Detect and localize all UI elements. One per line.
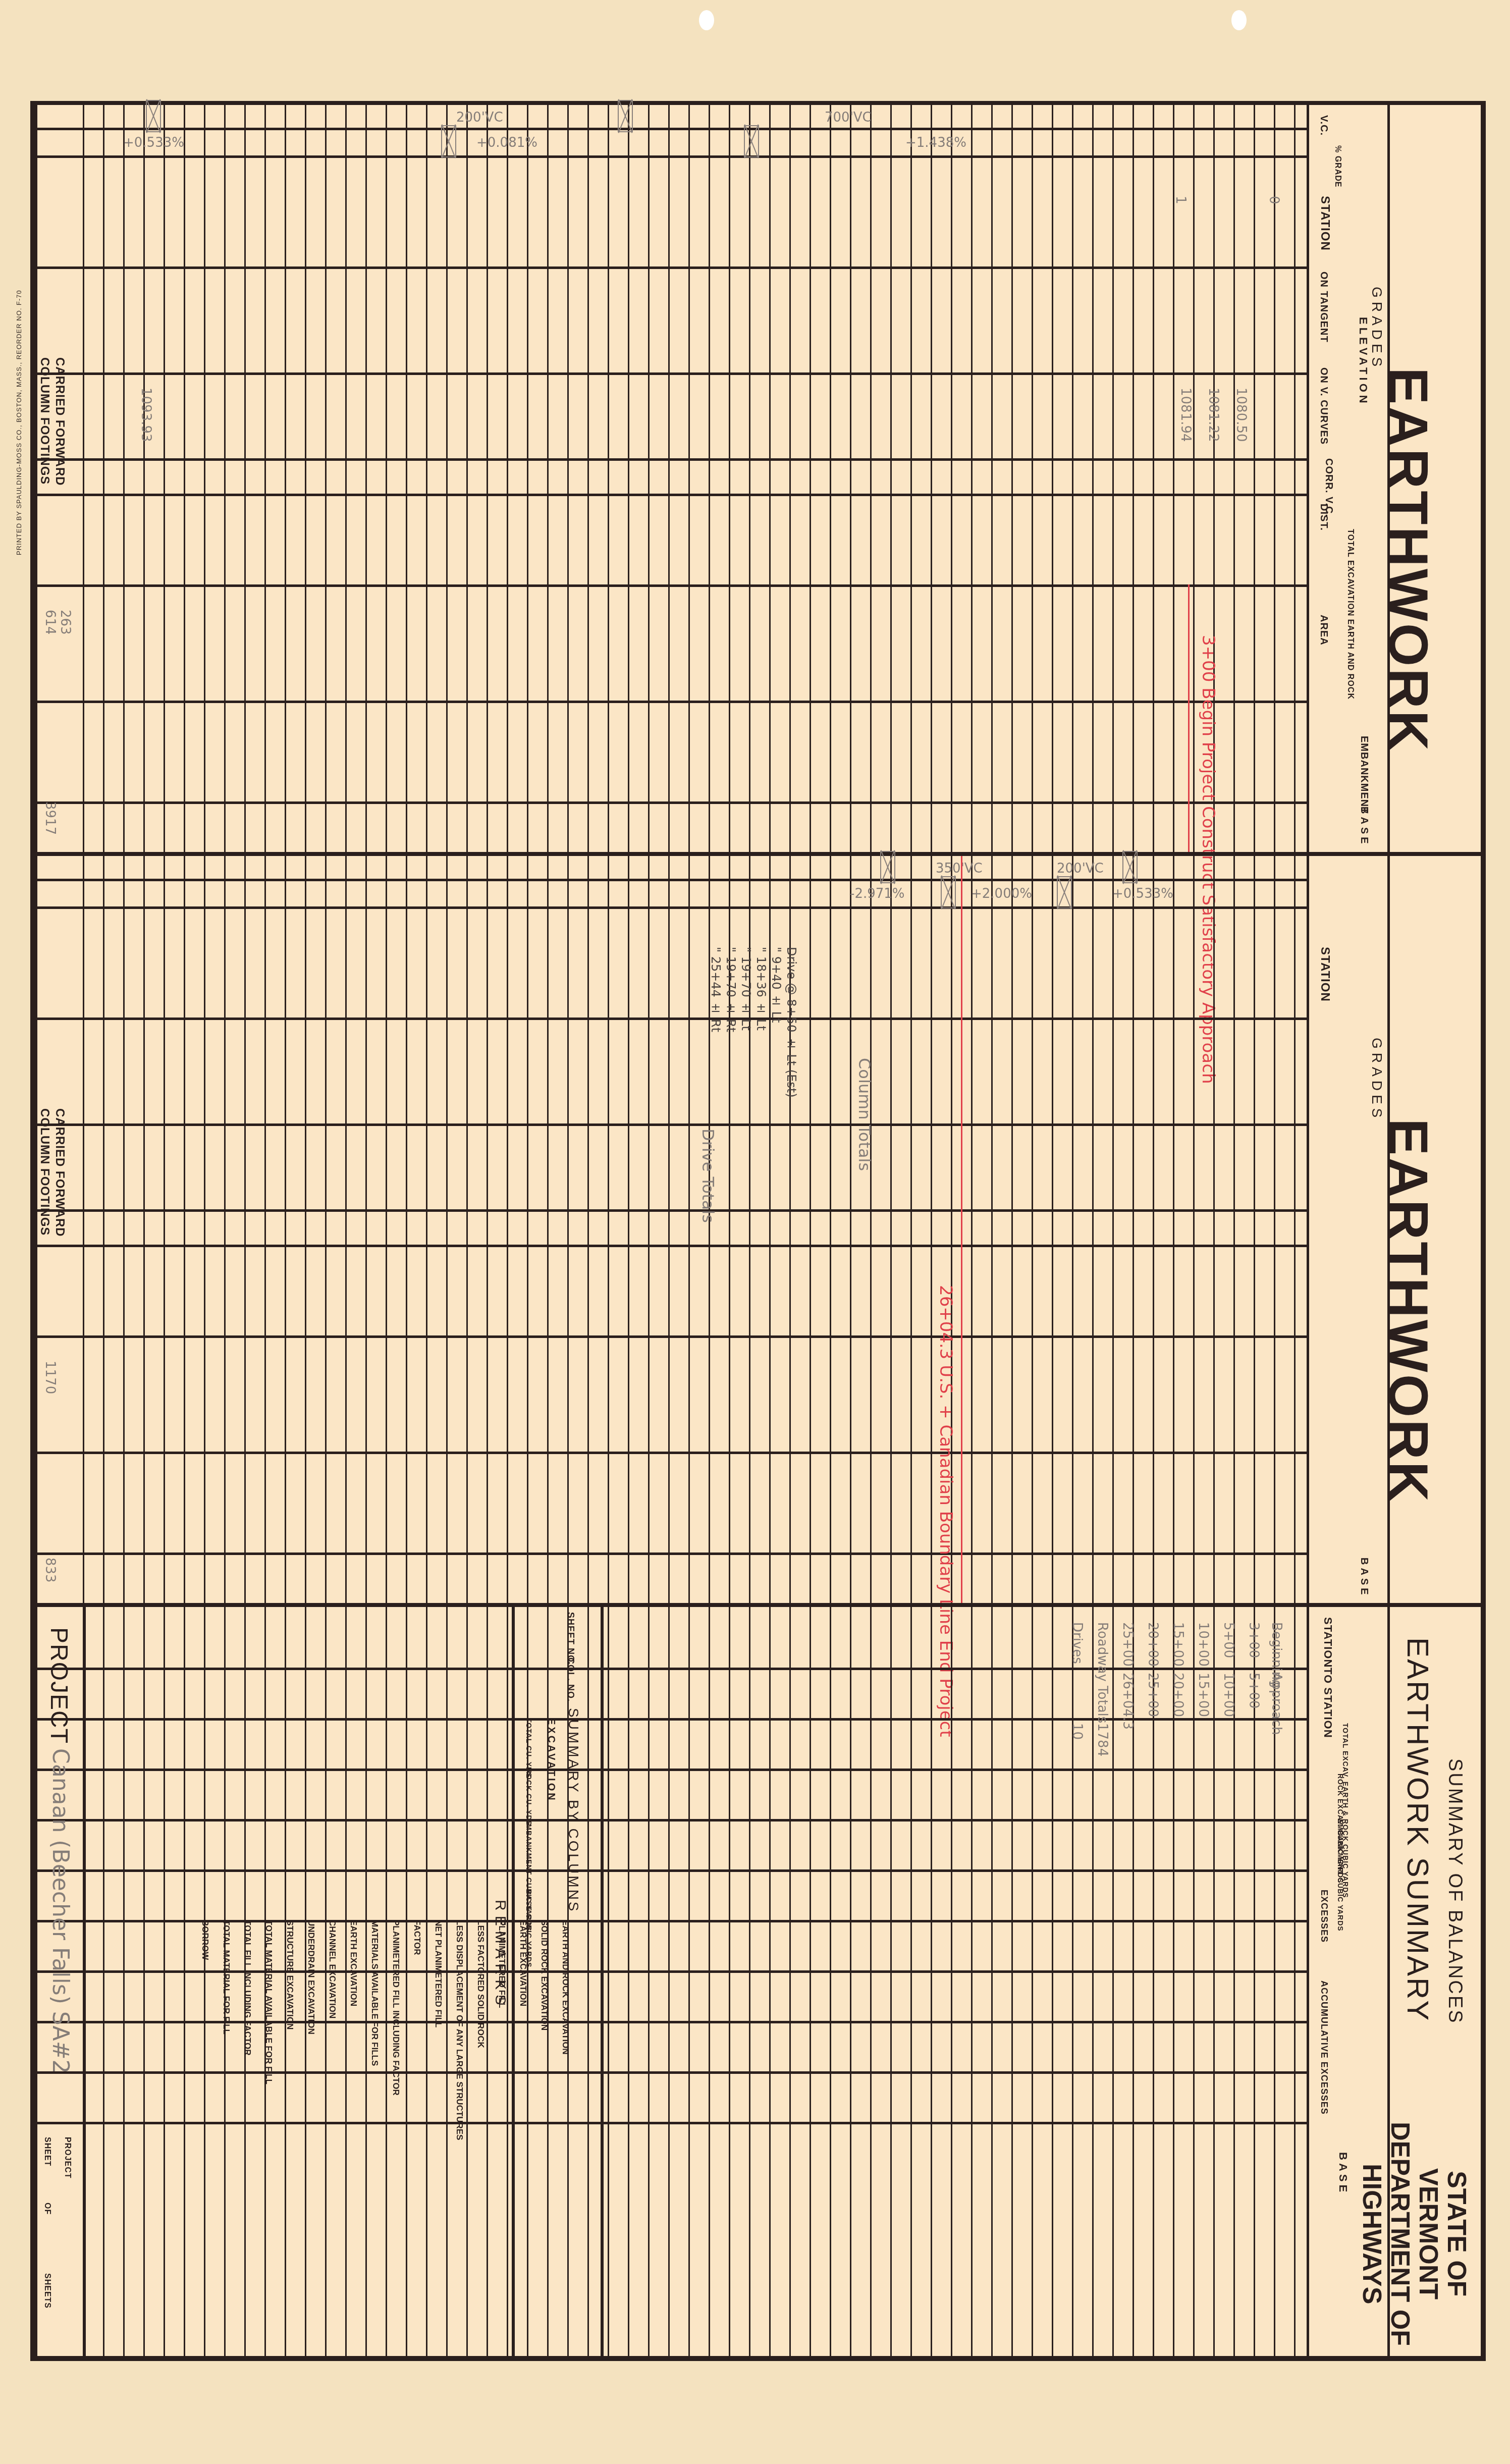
summary-from: 3+00	[1246, 1622, 1261, 1658]
earthwork-summary-section: EARTHWORK SUMMARY SUMMARY OF BALANCES ST…	[37, 1607, 1481, 2356]
summary-to: 26+04.3	[1120, 1673, 1135, 1730]
station-value: 1	[1173, 196, 1188, 204]
vc-marker-icon	[1057, 876, 1072, 908]
remarks-item: PLANIMETERED FILL INCLUDING FACTOR	[391, 1920, 401, 2324]
project-no-label: PROJECT	[63, 2137, 72, 2179]
base-header: BASE	[1336, 2152, 1350, 2195]
summary-title: EARTHWORK SUMMARY	[1400, 1637, 1435, 2022]
vc-label: 200'VC	[1057, 861, 1104, 876]
grade-label: +0.533%	[123, 135, 184, 150]
grade-label: -2.971%	[850, 886, 905, 901]
column-footing-base: 833	[42, 1558, 58, 1583]
summary-to: 10+00	[1221, 1673, 1236, 1717]
station-header: STATION	[1318, 196, 1332, 251]
remarks-item: UNDERDRAIN EXCAVATION	[306, 1920, 316, 2324]
drive-note: " 25+44 ± Rt	[709, 947, 723, 1032]
excesses-header: EXCESSES	[1319, 1890, 1329, 1943]
summary-to: 5+00	[1246, 1673, 1261, 1708]
summary-by-columns-title: SUMMARY BY COLUMNS	[565, 1708, 581, 1913]
grade-label: +0.081%	[476, 135, 537, 150]
punch-hole	[699, 10, 714, 30]
remarks-item: PLANIMETERED FILL	[497, 1920, 507, 2324]
embankment-header: EMBANKMENT	[1358, 736, 1370, 814]
remarks-item: BORROW	[200, 1920, 210, 2324]
remarks-item: EARTH EXCAVATION	[348, 1920, 358, 2324]
section-divider	[37, 1603, 1481, 1607]
summary-to: 20+00	[1170, 1673, 1185, 1717]
carried-forward-label: CARRIED FORWARD	[52, 1108, 67, 1237]
drive-note: " 19+70 ± Rt	[724, 947, 738, 1032]
pct-grade-header: % GRADE	[1333, 145, 1342, 187]
section-title: EARTHWORK	[1376, 367, 1440, 753]
grades-header: GRADES	[1369, 1038, 1385, 1121]
drive-note: Drive @ 8+50 ± Lt (Est)	[784, 947, 798, 1098]
vc-marker-icon	[941, 876, 956, 908]
earthwork-form-sheet: EARTHWORK GRADES V.C. % GRADE STATION EL…	[30, 101, 1486, 2361]
section-title: EARTHWORK	[1376, 1118, 1440, 1504]
vc-header: V.C.	[1318, 115, 1329, 136]
on-tangent-header: ON TANGENT	[1318, 272, 1329, 343]
elevation-value: 1080.50	[1233, 388, 1249, 442]
summary-from: 25+00	[1120, 1622, 1135, 1667]
embankment-area-header: AREA	[1318, 615, 1329, 646]
vc-marker-icon	[744, 125, 759, 157]
section-divider	[37, 852, 1481, 856]
printer-note: PRINTED BY SPAULDING-MOSS CO., BOSTON, M…	[15, 101, 30, 555]
vc-marker-icon	[146, 100, 161, 132]
vc-marker-icon	[441, 125, 456, 157]
project-name: Canaan (Beecher Falls) SA#2	[47, 1748, 73, 2074]
grade-label: +0.533%	[1112, 886, 1173, 901]
summary-subtitle: SUMMARY OF BALANCES	[1444, 1758, 1466, 2024]
column-footing-excavation: 614	[42, 610, 58, 635]
elevation-value: 1081.22	[1206, 388, 1221, 442]
excavation-header: EXCAVATION	[545, 1718, 557, 1802]
earthwork-section-2: EARTHWORK GRADES STATION BASE 350'VC 200…	[37, 856, 1481, 1603]
summary-from: 20+00	[1145, 1622, 1160, 1667]
summary-from: Roadway Totals	[1095, 1622, 1110, 1723]
remarks-item: MATERIALS AVAILABLE FOR FILLS	[369, 1920, 380, 2324]
station-header: STATION	[1321, 1617, 1334, 1668]
elevation-value: 1093.93	[138, 388, 153, 442]
summary-from: 10+00	[1196, 1622, 1211, 1667]
drive-note: " 18+36 ± Lt	[754, 947, 768, 1031]
of-label: OF	[42, 2203, 51, 2215]
remarks-item: LESS FACTORED SOLID ROCK	[475, 1920, 486, 2324]
vc-label: 350'VC	[936, 861, 983, 876]
summary-from: Drives	[1069, 1622, 1085, 1664]
summary-to: 25+00	[1145, 1673, 1160, 1717]
end-project-line	[961, 856, 962, 1603]
vc-marker-icon	[618, 100, 633, 132]
earthwork-section-1: EARTHWORK GRADES V.C. % GRADE STATION EL…	[37, 105, 1481, 852]
carried-forward-label: CARRIED FORWARD	[52, 357, 67, 486]
remarks-item: NET PLANIMETERED FILL	[433, 1920, 443, 2324]
agency-title: STATE OF VERMONT DEPARTMENT OF HIGHWAYS	[1370, 2112, 1471, 2356]
accumulative-header: ACCUMULATIVE EXCESSES	[1319, 1980, 1329, 2115]
grade-label: +2.000%	[971, 886, 1032, 901]
carried-forward-excavation: 263	[58, 610, 73, 635]
project-label: PROJECT	[45, 1627, 73, 1744]
sheets-label: SHEETS	[42, 2273, 51, 2309]
column-footings-label: COLUMN FOOTINGS	[37, 1108, 51, 1236]
elevation-header: ELEVATION	[1357, 317, 1370, 406]
column-footing-base: 3917	[42, 801, 58, 835]
summary-total: 10	[1069, 1723, 1085, 1740]
col-no-header: COL. NO.	[565, 1657, 576, 1702]
sheet-label: SHEET	[42, 2137, 51, 2166]
project-block: PROJECT Canaan (Beecher Falls) SA#2 PROJ…	[37, 1607, 86, 2356]
total-excavation-header: TOTAL EXCAVATION EARTH AND ROCK	[1314, 529, 1355, 700]
summary-total: 1784	[1095, 1723, 1110, 1756]
vc-label: 200'VC	[456, 110, 503, 125]
station-value: 0	[1266, 196, 1281, 204]
summary-to: 15+00	[1196, 1673, 1211, 1717]
remarks-item: LESS DISPLACEMENT OF ANY LARGE STRUCTURE…	[454, 1920, 464, 2324]
base-header: BASE	[1358, 1558, 1370, 1598]
remarks-item: STRUCTURE EXCAVATION	[285, 1920, 295, 2324]
remarks-item: CHANNEL EXCAVATION	[327, 1920, 337, 2324]
remarks-item: TOTAL MATERIAL FOR FILL	[221, 1920, 231, 2324]
data-grid	[83, 856, 1309, 1603]
column-footings-label: COLUMN FOOTINGS	[37, 357, 51, 485]
begin-project-line	[1188, 584, 1190, 852]
remarks-list: EARTH AND ROCK EXCAVATION SOLID ROCK EXC…	[189, 1920, 570, 2324]
drive-note: " 19+70 ± Lt	[739, 947, 753, 1031]
remarks-item: EARTH AND ROCK EXCAVATION	[560, 1920, 570, 2324]
summary-from: 15+00	[1170, 1622, 1185, 1667]
grade-label: +1.438%	[905, 135, 966, 150]
base-header: BASE	[1358, 807, 1370, 847]
station-header: STATION	[1318, 947, 1332, 1002]
remarks-item: EARTH EXCAVATION	[518, 1920, 528, 2324]
column-footing-excavation: 1170	[42, 1361, 58, 1394]
vc-marker-icon	[880, 851, 895, 883]
elevation-value: 1081.94	[1178, 388, 1193, 442]
remarks-item: TOTAL FILL INCLUDING FACTOR	[242, 1920, 252, 2324]
remarks-item: FACTOR	[412, 1920, 422, 2324]
drive-totals-label: Drive Totals	[698, 1129, 718, 1223]
summary-to: Approach	[1269, 1673, 1284, 1735]
column-totals-label: Column Totals	[855, 1058, 874, 1171]
vc-marker-icon	[1122, 851, 1138, 883]
on-v-curves-header: ON V. CURVES	[1318, 367, 1329, 445]
vc-label: 700'VC	[825, 110, 872, 125]
data-grid	[83, 105, 1309, 852]
remarks-item: TOTAL MATERIAL AVAILABLE FOR FILL	[263, 1920, 274, 2324]
grades-header: GRADES	[1369, 287, 1385, 370]
summary-from: 5+00	[1221, 1622, 1236, 1658]
dist-header: DIST.	[1318, 504, 1329, 531]
punch-hole	[1231, 10, 1247, 30]
remarks-item: SOLID ROCK EXCAVATION	[539, 1920, 549, 2324]
drive-note: " 9+40 ± Lt	[769, 947, 783, 1023]
